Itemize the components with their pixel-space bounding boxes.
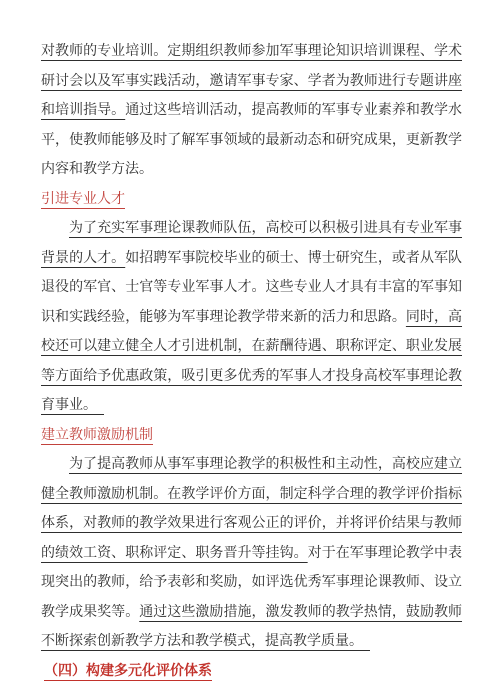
- underlined-text-run: 同时，高校还可以建立健全人才引进机制，在薪酬待遇、职称评定、职业发展等方面给予优…: [41, 310, 462, 414]
- paragraph: 对教师的专业培训。定期组织教师参加军事理论知识培训课程、学术研讨会以及军事实践活…: [41, 37, 462, 185]
- underlined-text-run: 引进专业人才: [41, 192, 125, 207]
- paragraph: 为了充实军事理论课教师队伍，高校可以积极引进具有专业军事背景的人才。如招聘军事院…: [41, 214, 462, 421]
- underlined-text-run: 建立教师激励机制: [41, 428, 153, 443]
- section-heading: （四）构建多元化评价体系: [41, 657, 462, 687]
- section-heading: 引进专业人才: [41, 185, 462, 215]
- section-heading: 建立教师激励机制: [41, 421, 462, 451]
- underlined-text-run: （四）构建多元化评价体系: [44, 664, 212, 679]
- document-page: 对教师的专业培训。定期组织教师参加军事理论知识培训课程、学术研讨会以及军事实践活…: [41, 37, 462, 686]
- document-body: 对教师的专业培训。定期组织教师参加军事理论知识培训课程、学术研讨会以及军事实践活…: [41, 37, 462, 686]
- paragraph: 为了提高教师从事军事理论教学的积极性和主动性，高校应建立健全教师激励机制。在教学…: [41, 450, 462, 657]
